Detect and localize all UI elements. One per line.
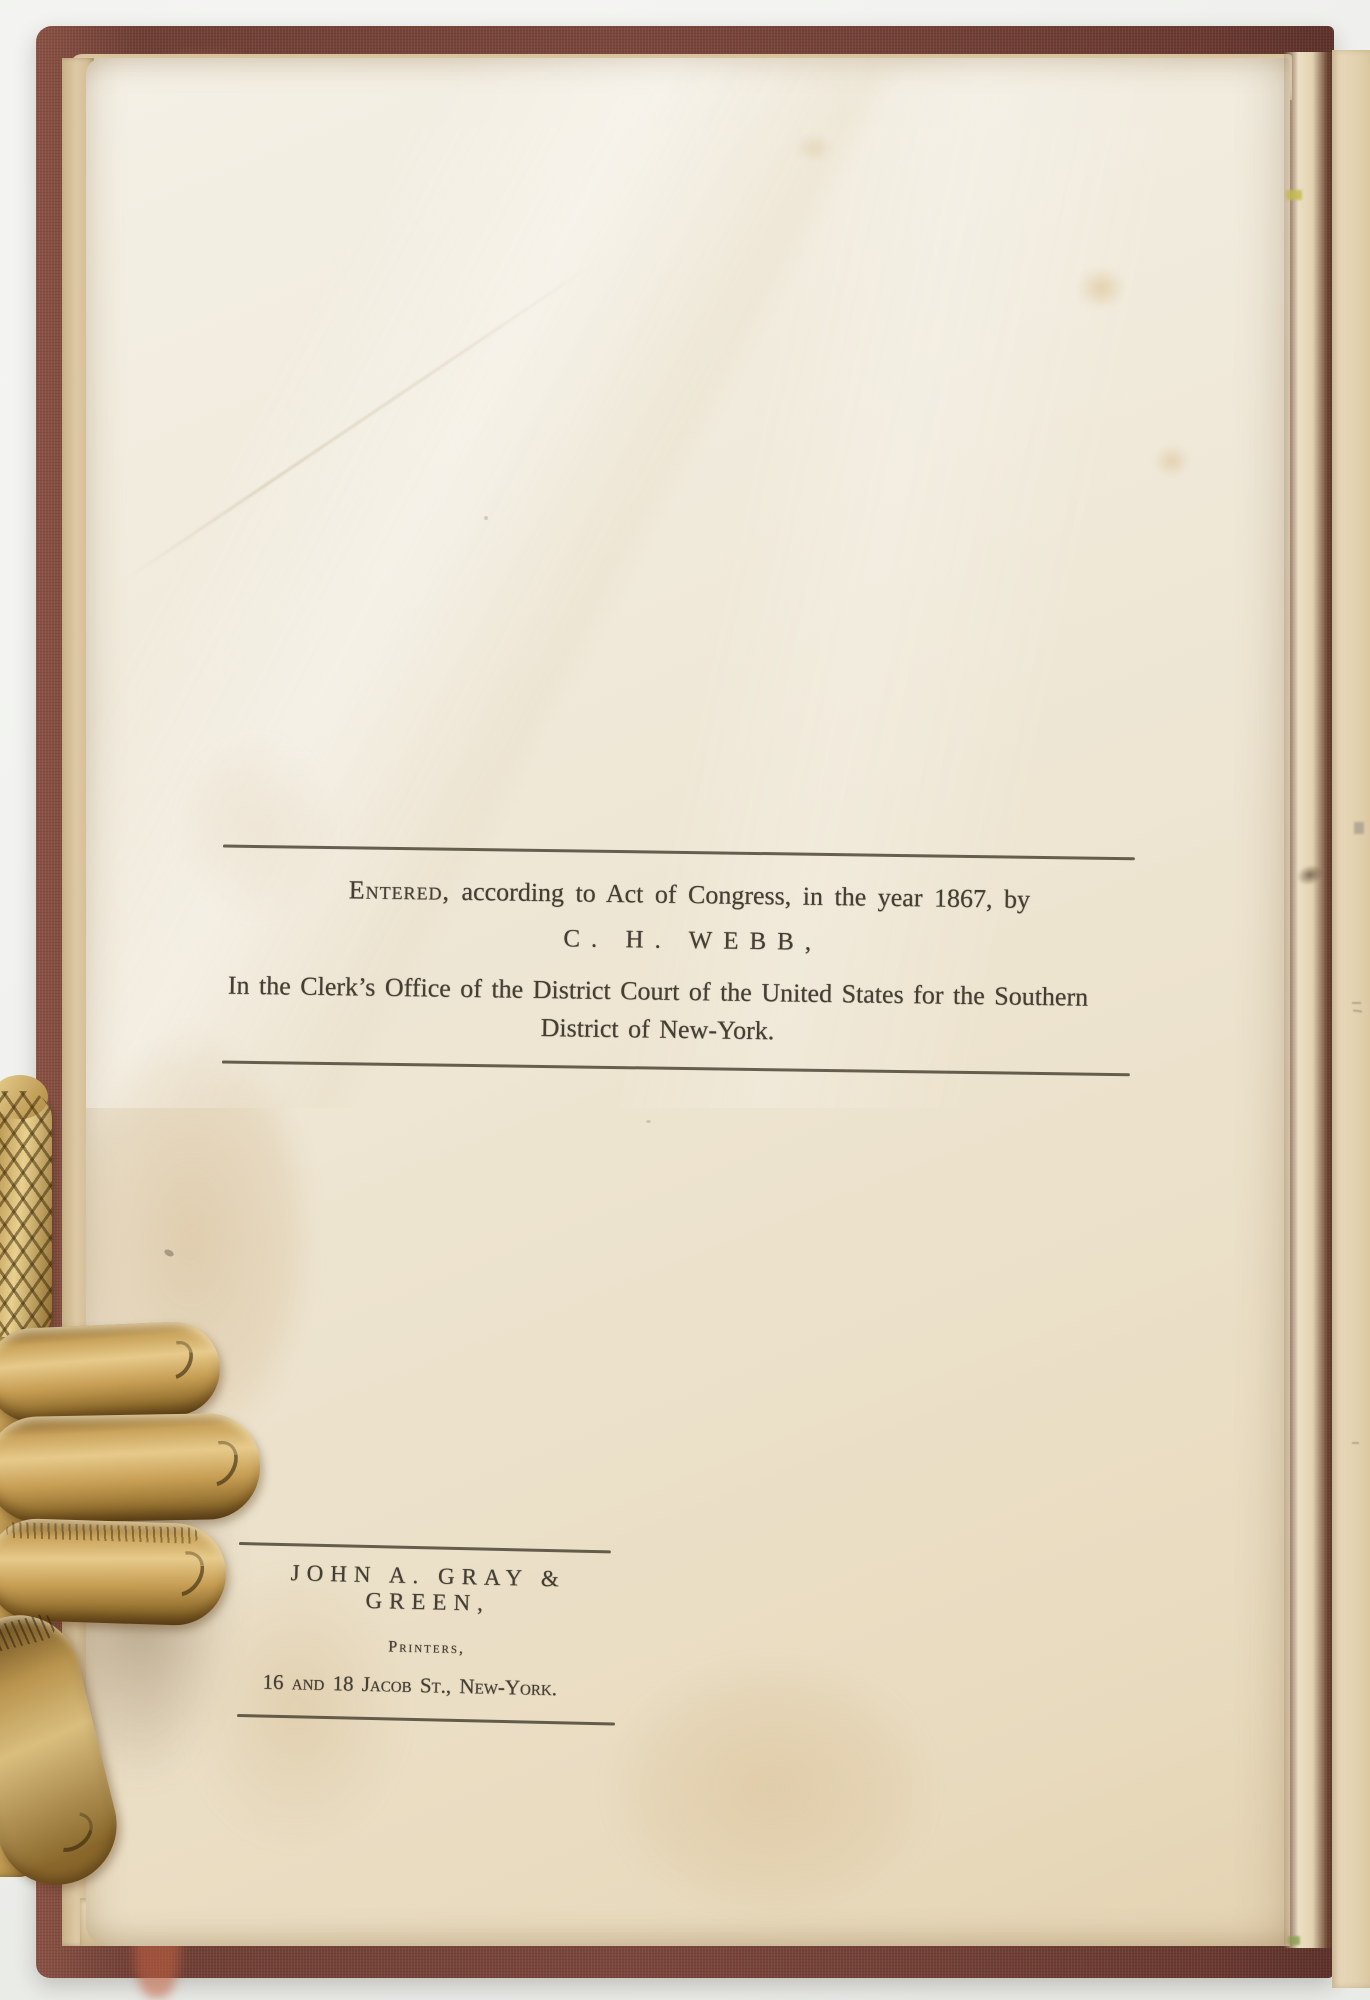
show-through-mark <box>1352 1002 1361 1004</box>
fingernail <box>187 1433 246 1495</box>
copyright-line1-rest: according to Act of Congress, in the yea… <box>450 877 1030 914</box>
photo-of-book: { "scene": { "description_colors": { "ba… <box>0 0 1370 2000</box>
show-through-mark <box>1353 1009 1362 1012</box>
paper-stain <box>556 1618 986 1946</box>
gutter-crack <box>1289 857 1331 893</box>
copyright-line-clerks-office: In the Clerk’s Office of the District Co… <box>183 970 1133 1013</box>
endpaper-speck <box>1286 190 1302 200</box>
show-through-mark <box>1352 1442 1359 1444</box>
printer-imprint-block: JOHN A. GRAY & GREEN, Printers, 16 and 1… <box>235 1542 619 1726</box>
printer-role: Printers, <box>236 1635 616 1662</box>
paper-speck <box>484 516 488 520</box>
brass-hand-cuff <box>0 1091 52 1343</box>
brass-hand-middle-finger <box>0 1413 261 1524</box>
copyright-word-entered: Entered, <box>348 875 450 905</box>
paper-speck <box>646 1120 651 1123</box>
printer-name: JOHN A. GRAY & GREEN, <box>237 1559 618 1620</box>
author-name: C. H. WEBB, <box>218 920 1168 961</box>
fingernail <box>41 1804 100 1860</box>
adjacent-page-edge <box>1332 50 1370 1988</box>
brass-hand-ring-finger <box>0 1517 228 1626</box>
copyright-line-entered: Entered, according to Act of Congress, i… <box>214 873 1164 916</box>
brass-hand-page-holder <box>0 1085 290 1830</box>
fingernail <box>153 1543 213 1605</box>
endpaper-speck <box>1288 1936 1300 1945</box>
copyright-statement-block: Entered, according to Act of Congress, i… <box>182 844 1135 1076</box>
printer-rule-top <box>239 1542 611 1553</box>
brass-hand-index-finger <box>0 1320 222 1424</box>
gutter-fold <box>1284 52 1336 1948</box>
show-through-mark <box>1354 822 1364 834</box>
copyright-line-district: District of New-York. <box>182 1008 1132 1051</box>
fingernail <box>151 1334 200 1386</box>
